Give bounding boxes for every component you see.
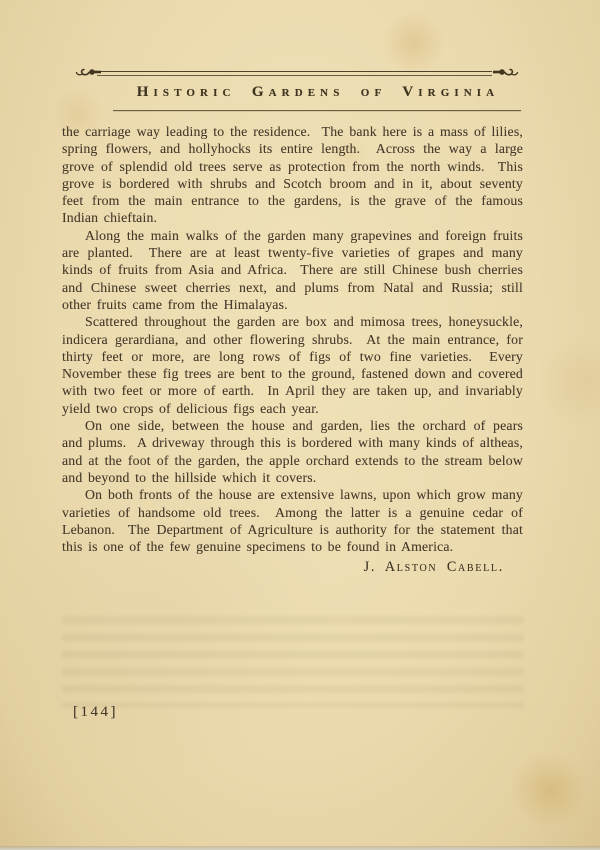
title-underline — [113, 110, 521, 111]
body-paragraph: Along the main walks of the garden many … — [62, 227, 523, 313]
page-body: the carriage way leading to the residenc… — [62, 123, 523, 577]
header-rule — [97, 71, 492, 76]
body-paragraph: Scattered throughout the garden are box … — [62, 313, 523, 417]
page-bottom-edge — [0, 846, 600, 850]
body-paragraph: On one side, between the house and garde… — [62, 417, 523, 486]
body-paragraph: On both fronts of the house are extensiv… — [62, 486, 523, 555]
body-paragraph: the carriage way leading to the residenc… — [62, 123, 523, 227]
author-signature: J. Alston Cabell. — [62, 559, 523, 576]
page-number: [144] — [73, 704, 118, 721]
book-page: Historic Gardens of Virginia the carriag… — [0, 0, 600, 850]
bleed-through-ghost — [62, 616, 524, 708]
page-title: Historic Gardens of Virginia — [40, 84, 596, 101]
scroll-flourish-icon — [493, 65, 519, 79]
